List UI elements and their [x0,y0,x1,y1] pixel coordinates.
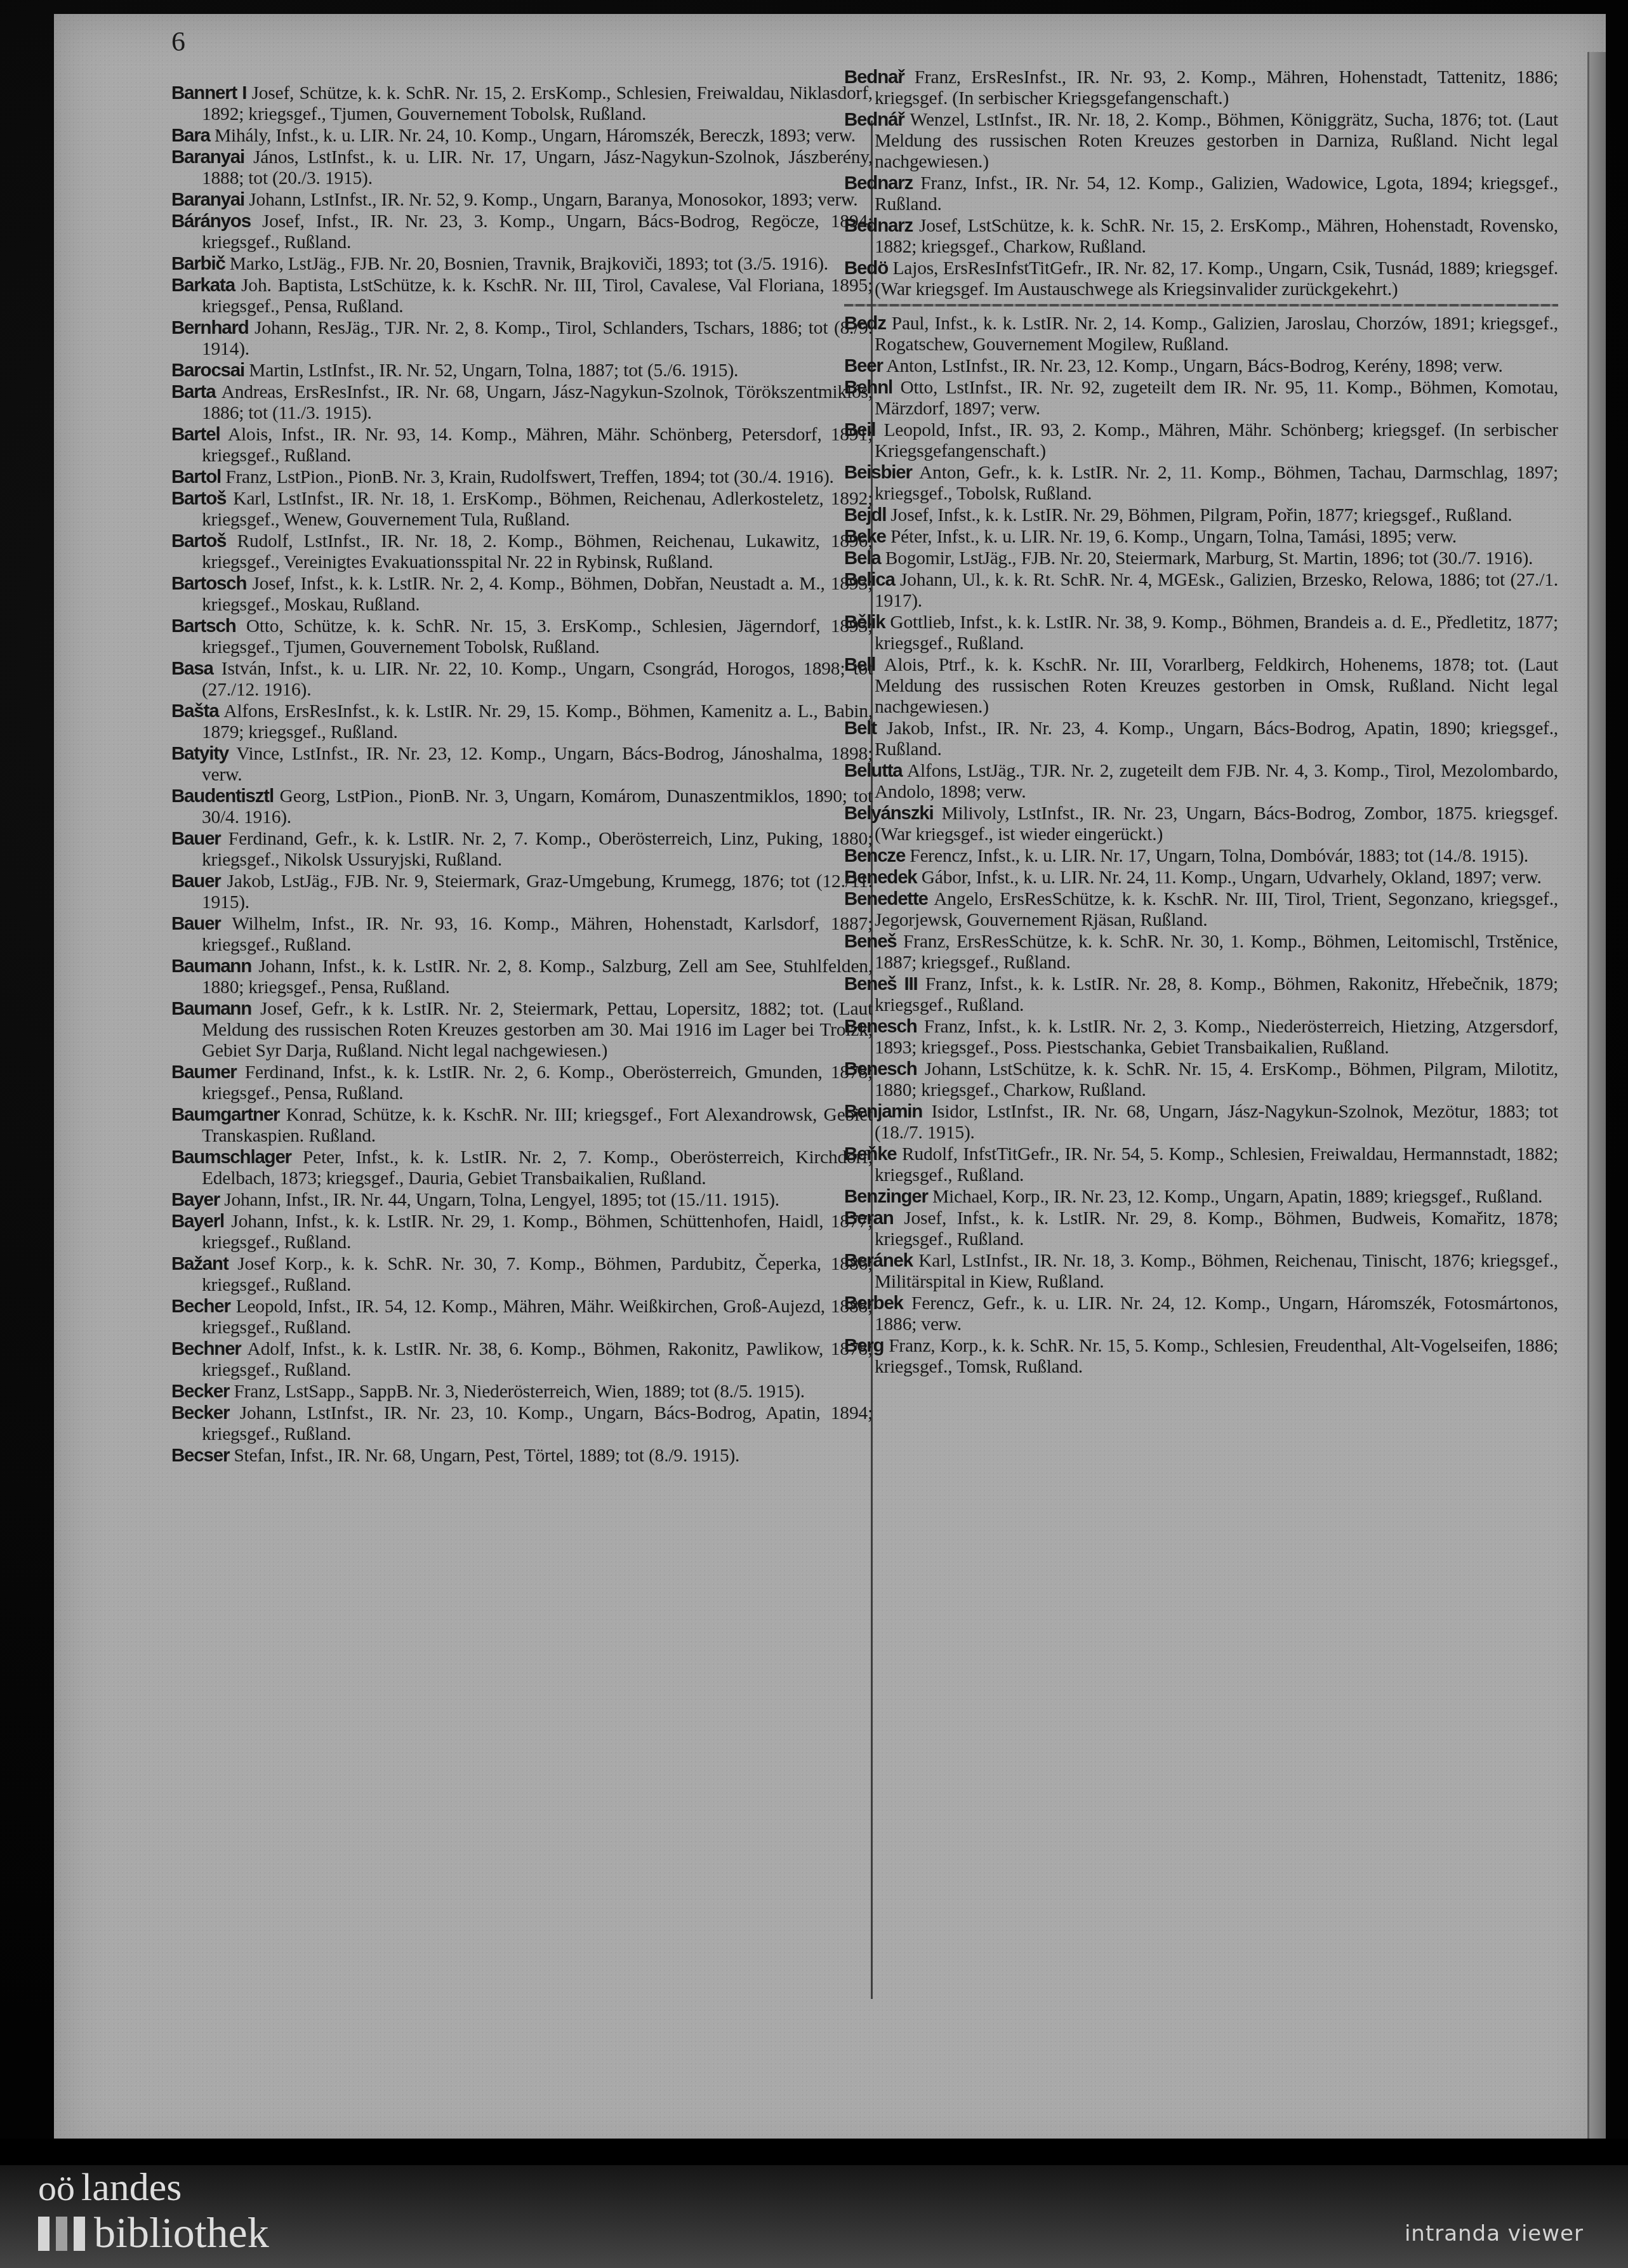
entry-surname: Bauer [171,871,221,892]
register-entry: Baranyai János, LstInfst., k. u. LIR. Nr… [171,147,873,189]
right-column-section-top: Bednař Franz, ErsResInfst., IR. Nr. 93, … [844,67,1558,300]
page-binding-edge [1587,52,1606,2165]
entry-surname: Belyánszki [844,803,934,824]
entry-surname: Bartel [171,424,220,445]
register-entry: Behnl Otto, LstInfst., IR. Nr. 92, zuget… [844,377,1558,419]
register-entry: Baumgartner Konrad, Schütze, k. k. KschR… [171,1104,873,1147]
register-entry: Bara Mihály, Infst., k. u. LIR. Nr. 24, … [171,125,873,147]
entry-surname: Bencze [844,845,905,866]
entry-surname: Bartoš [171,488,226,509]
register-entry: Bejdl Josef, Infst., k. k. LstIR. Nr. 29… [844,504,1558,526]
entry-surname: Beran [844,1208,894,1229]
entry-details: Bogomir, LstJäg., FJB. Nr. 20, Steiermar… [881,548,1533,569]
entry-surname: Bažant [171,1253,228,1274]
entry-surname: Bernhard [171,317,249,338]
register-entry: Beneš III Franz, Infst., k. k. LstIR. Nr… [844,973,1558,1016]
register-entry: Bašta Alfons, ErsResInfst., k. k. LstIR.… [171,701,873,743]
register-entry: Bayer Johann, Infst., IR. Nr. 44, Ungarn… [171,1189,873,1211]
entry-details: Franz, Infst., k. k. LstIR. Nr. 28, 8. K… [875,974,1558,1015]
entry-details: Karl, LstInfst., IR. Nr. 18, 1. ErsKomp.… [202,489,873,530]
entry-surname: Beil [844,419,875,440]
register-entry: Becser Stefan, Infst., IR. Nr. 68, Ungar… [171,1445,873,1467]
register-entry: Bednař Franz, ErsResInfst., IR. Nr. 93, … [844,67,1558,109]
entry-details: Franz, LstSapp., SappB. Nr. 3, Niederöst… [229,1381,805,1402]
entry-details: Josef, Infst., k. k. LstIR. Nr. 29, 8. K… [875,1208,1558,1249]
register-entry: Belutta Alfons, LstJäg., TJR. Nr. 2, zug… [844,760,1558,803]
entry-details: Leopold, Infst., IR. 93, 2. Komp., Mähre… [875,420,1558,461]
entry-surname: Beránek [844,1250,913,1271]
entry-surname: Bartoš [171,531,226,551]
entry-details: Alois, Infst., IR. Nr. 93, 14. Komp., Mä… [202,425,873,466]
entry-details: Johann, Ul., k. k. Rt. SchR. Nr. 4, MGEs… [875,570,1558,611]
register-entry: Bělik Gottlieb, Infst., k. k. LstIR. Nr.… [844,612,1558,654]
entry-details: Péter, Infst., k. u. LIR. Nr. 19, 6. Kom… [886,527,1457,547]
register-entry: Bednarz Franz, Infst., IR. Nr. 54, 12. K… [844,173,1558,215]
entry-surname: Becser [171,1445,229,1466]
logo-bars-icon [38,2217,85,2251]
entry-surname: Bartsch [171,616,235,636]
register-entry: Becker Johann, LstInfst., IR. Nr. 23, 10… [171,1402,873,1445]
entry-surname: Benjamin [844,1101,922,1122]
entry-surname: Bayerl [171,1211,224,1232]
register-entry: Barta Andreas, ErsResInfst., IR. Nr. 68,… [171,381,873,424]
entry-details: Mihály, Infst., k. u. LIR. Nr. 24, 10. K… [210,126,856,146]
entry-details: Otto, Schütze, k. k. SchR. Nr. 15, 3. Er… [202,616,873,657]
entry-surname: Baumann [171,956,251,977]
register-entry: Beneš Franz, ErsResSchütze, k. k. SchR. … [844,931,1558,973]
right-column-section-bottom: Bedz Paul, Infst., k. k. LstIR. Nr. 2, 1… [844,313,1558,1378]
entry-surname: Bedz [844,313,886,334]
entry-surname: Bednař [844,67,904,88]
entry-surname: Berg [844,1335,883,1356]
entry-details: Andreas, ErsResInfst., IR. Nr. 68, Ungar… [202,382,873,423]
entry-details: Otto, LstInfst., IR. Nr. 92, zugeteilt d… [875,378,1558,419]
entry-surname: Bartosch [171,573,246,594]
entry-surname: Bartol [171,466,221,487]
entry-surname: Beneš [844,931,897,952]
register-entry: Bažant Josef Korp., k. k. SchR. Nr. 30, … [171,1253,873,1296]
register-entry: Berg Franz, Korp., k. k. SchR. Nr. 15, 5… [844,1335,1558,1378]
entry-details: Josef, Gefr., k k. LstIR. Nr. 2, Steierm… [202,999,873,1061]
entry-details: Johann, Infst., k. k. LstIR. Nr. 2, 8. K… [202,956,873,998]
entry-details: Karl, LstInfst., IR. Nr. 18, 3. Komp., B… [875,1251,1558,1292]
entry-surname: Bednarz [844,173,913,194]
register-entry: Bartoš Rudolf, LstInfst., IR. Nr. 18, 2.… [171,531,873,573]
section-rule [844,304,1558,307]
entry-surname: Berbek [844,1293,903,1314]
entry-details: Johann, LstSchütze, k. k. SchR. Nr. 15, … [875,1059,1558,1100]
entry-details: Josef, Infst., IR. Nr. 23, 3. Komp., Ung… [202,211,873,253]
entry-details: Ferencz, Gefr., k. u. LIR. Nr. 24, 12. K… [875,1293,1558,1335]
register-entry: Batyity Vince, LstInfst., IR. Nr. 23, 12… [171,743,873,786]
entry-surname: Bárányos [171,211,251,232]
register-entry: Bernhard Johann, ResJäg., TJR. Nr. 2, 8.… [171,317,873,360]
register-entry: Belica Johann, Ul., k. k. Rt. SchR. Nr. … [844,569,1558,612]
register-entry: Benesch Franz, Infst., k. k. LstIR. Nr. … [844,1016,1558,1058]
register-entry: Bartoš Karl, LstInfst., IR. Nr. 18, 1. E… [171,488,873,531]
register-entry: Beňke Rudolf, InfstTitGefr., IR. Nr. 54,… [844,1144,1558,1186]
logo-word-landes: landes [81,2165,182,2210]
register-entry: Barbič Marko, LstJäg., FJB. Nr. 20, Bosn… [171,253,873,275]
register-entry: Bauer Wilhelm, Infst., IR. Nr. 93, 16. K… [171,913,873,956]
entry-details: Paul, Infst., k. k. LstIR. Nr. 2, 14. Ko… [875,313,1558,355]
register-entry: Baudentisztl Georg, LstPion., PionB. Nr.… [171,786,873,828]
register-entry: Becker Franz, LstSapp., SappB. Nr. 3, Ni… [171,1381,873,1402]
entry-details: Vince, LstInfst., IR. Nr. 23, 12. Komp.,… [202,744,873,785]
entry-details: Josef, Schütze, k. k. SchR. Nr. 15, 2. E… [202,83,873,124]
register-entry: Baumer Ferdinand, Infst., k. k. LstIR. N… [171,1062,873,1104]
register-entry: Beisbier Anton, Gefr., k. k. LstIR. Nr. … [844,462,1558,504]
entry-details: Alfons, ErsResInfst., k. k. LstIR. Nr. 2… [202,701,873,742]
entry-surname: Baumer [171,1062,237,1083]
entry-details: Gábor, Infst., k. u. LIR. Nr. 24, 11. Ko… [917,867,1542,888]
entry-details: Milivoly, LstInfst., IR. Nr. 23, Ungarn,… [875,803,1558,845]
register-entry: Bartsch Otto, Schütze, k. k. SchR. Nr. 1… [171,616,873,658]
entry-details: Peter, Infst., k. k. LstIR. Nr. 2, 7. Ko… [202,1147,873,1189]
entry-surname: Benesch [844,1016,917,1037]
entry-surname: Bauer [171,913,221,934]
entry-surname: Becker [171,1381,229,1402]
register-entry: Bauer Ferdinand, Gefr., k. k. LstIR. Nr.… [171,828,873,871]
entry-surname: Bednarz [844,215,913,236]
logo-word-bibliothek: bibliothek [94,2210,269,2255]
entry-surname: Bechner [171,1338,241,1359]
register-entry: Bela Bogomir, LstJäg., FJB. Nr. 20, Stei… [844,548,1558,569]
entry-details: Wilhelm, Infst., IR. Nr. 93, 16. Komp., … [202,914,873,955]
entry-details: Michael, Korp., IR. Nr. 23, 12. Komp., U… [928,1187,1542,1207]
entry-surname: Bauer [171,828,221,849]
entry-surname: Barta [171,381,215,402]
entry-surname: Belt [844,718,877,739]
entry-surname: Barocsai [171,360,244,381]
footer-shadow [0,2139,1628,2167]
entry-details: Georg, LstPion., PionB. Nr. 3, Ungarn, K… [202,786,873,827]
entry-details: Rudolf, LstInfst., IR. Nr. 18, 2. Komp.,… [202,531,873,572]
register-entry: Benzinger Michael, Korp., IR. Nr. 23, 12… [844,1186,1558,1208]
register-entry: Belt Jakob, Infst., IR. Nr. 23, 4. Komp.… [844,718,1558,760]
entry-details: Lajos, ErsResInfstTitGefr., IR. Nr. 82, … [875,258,1558,300]
entry-details: Anton, Gefr., k. k. LstIR. Nr. 2, 11. Ko… [875,463,1558,504]
entry-surname: Becker [171,1402,229,1423]
entry-surname: Belutta [844,760,903,781]
logo-line-1: oö landes [38,2165,269,2210]
entry-details: Martin, LstInfst., IR. Nr. 52, Ungarn, T… [244,360,738,381]
entry-details: Franz, Infst., k. k. LstIR. Nr. 2, 3. Ko… [875,1017,1558,1058]
entry-surname: Baumschlager [171,1147,291,1168]
entry-details: Gottlieb, Infst., k. k. LstIR. Nr. 38, 9… [875,612,1558,654]
entry-details: Jakob, LstJäg., FJB. Nr. 9, Steiermark, … [202,871,873,913]
register-entry: Beránek Karl, LstInfst., IR. Nr. 18, 3. … [844,1250,1558,1293]
entry-surname: Baudentisztl [171,786,274,807]
entry-details: Franz, Infst., IR. Nr. 54, 12. Komp., Ga… [875,173,1558,214]
entry-surname: Basa [171,658,213,679]
entry-details: Anton, LstInfst., IR. Nr. 23, 12. Komp.,… [883,356,1503,376]
register-entry: Baranyai Johann, LstInfst., IR. Nr. 52, … [171,189,873,211]
entry-details: Rudolf, InfstTitGefr., IR. Nr. 54, 5. Ko… [875,1144,1558,1185]
entry-details: Josef, Infst., k. k. LstIR. Nr. 29, Böhm… [886,505,1512,525]
register-entry: Bednarz Josef, LstSchütze, k. k. SchR. N… [844,215,1558,258]
entry-surname: Beer [844,355,883,376]
entry-surname: Bednář [844,109,904,130]
entry-details: Marko, LstJäg., FJB. Nr. 20, Bosnien, Tr… [225,254,828,274]
entry-details: Alfons, LstJäg., TJR. Nr. 2, zugeteilt d… [875,761,1558,802]
entry-surname: Bedö [844,258,888,279]
entry-details: János, LstInfst., k. u. LIR. Nr. 17, Ung… [202,147,873,188]
register-entry: Beran Josef, Infst., k. k. LstIR. Nr. 29… [844,1208,1558,1250]
entry-surname: Baumann [171,998,251,1019]
entry-details: Johann, LstInfst., IR. Nr. 23, 10. Komp.… [202,1403,873,1444]
page-number: 6 [171,25,185,58]
entry-details: Ferdinand, Gefr., k. k. LstIR. Nr. 2, 7.… [202,829,873,870]
entry-surname: Baranyai [171,189,244,210]
register-entry: Bednář Wenzel, LstInfst., IR. Nr. 18, 2.… [844,109,1558,173]
entry-details: Joh. Baptista, LstSchütze, k. k. KschR. … [202,275,873,317]
register-entry: Benedette Angelo, ErsResSchütze, k. k. K… [844,888,1558,931]
entry-surname: Bela [844,548,881,569]
entry-surname: Barbič [171,253,225,274]
entry-surname: Beňke [844,1144,897,1164]
entry-surname: Bělik [844,612,885,633]
entry-details: Johann, Infst., IR. Nr. 44, Ungarn, Toln… [220,1190,779,1210]
entry-surname: Benzinger [844,1186,928,1207]
entry-details: Franz, LstPion., PionB. Nr. 3, Krain, Ru… [221,467,834,487]
entry-details: Josef, LstSchütze, k. k. SchR. Nr. 15, 2… [875,216,1558,257]
entry-surname: Barkata [171,275,235,296]
entry-details: Leopold, Infst., IR. 54, 12. Komp., Mähr… [202,1296,873,1338]
register-entry: Bárányos Josef, Infst., IR. Nr. 23, 3. K… [171,211,873,253]
entry-surname: Benesch [844,1058,917,1079]
register-entry: Bannert I Josef, Schütze, k. k. SchR. Nr… [171,82,873,125]
register-entry: Bechner Adolf, Infst., k. k. LstIR. Nr. … [171,1338,873,1381]
entry-details: Wenzel, LstInfst., IR. Nr. 18, 2. Komp.,… [875,110,1558,172]
register-entry: Barkata Joh. Baptista, LstSchütze, k. k.… [171,275,873,317]
register-entry: Bartol Franz, LstPion., PionB. Nr. 3, Kr… [171,466,873,488]
register-entry: Barocsai Martin, LstInfst., IR. Nr. 52, … [171,360,873,381]
entry-surname: Belica [844,569,895,590]
logo-prefix: oö [38,2166,75,2210]
register-entry: Bedz Paul, Infst., k. k. LstIR. Nr. 2, 1… [844,313,1558,355]
register-entry: Baumann Johann, Infst., k. k. LstIR. Nr.… [171,956,873,998]
register-entry: Bencze Ferencz, Infst., k. u. LIR. Nr. 1… [844,845,1558,867]
entry-surname: Batyity [171,743,228,764]
entry-surname: Benedek [844,867,917,888]
entry-details: Franz, ErsResSchütze, k. k. SchR. Nr. 30… [875,932,1558,973]
register-entry: Benjamin Isidor, LstInfst., IR. Nr. 68, … [844,1101,1558,1144]
register-entry: Baumann Josef, Gefr., k k. LstIR. Nr. 2,… [171,998,873,1062]
entry-surname: Becher [171,1296,230,1317]
register-entry: Baumschlager Peter, Infst., k. k. LstIR.… [171,1147,873,1189]
entry-surname: Beisbier [844,462,912,483]
entry-surname: Behnl [844,377,892,398]
register-entry: Beer Anton, LstInfst., IR. Nr. 23, 12. K… [844,355,1558,377]
entry-details: Johann, LstInfst., IR. Nr. 52, 9. Komp.,… [244,190,857,210]
register-entry: Beke Péter, Infst., k. u. LIR. Nr. 19, 6… [844,526,1558,548]
entry-surname: Bašta [171,701,218,722]
entry-details: Ferdinand, Infst., k. k. LstIR. Nr. 2, 6… [202,1062,873,1104]
entry-details: Franz, Korp., k. k. SchR. Nr. 15, 5. Kom… [875,1336,1558,1377]
entry-details: Johann, ResJäg., TJR. Nr. 2, 8. Komp., T… [202,318,873,359]
register-entry: Bartel Alois, Infst., IR. Nr. 93, 14. Ko… [171,424,873,466]
register-entry: Becher Leopold, Infst., IR. 54, 12. Komp… [171,1296,873,1338]
entry-surname: Baranyai [171,147,244,168]
register-entry: Bauer Jakob, LstJäg., FJB. Nr. 9, Steier… [171,871,873,913]
register-entry: Beil Leopold, Infst., IR. 93, 2. Komp., … [844,419,1558,462]
entry-surname: Bejdl [844,504,886,525]
register-entry: Bedö Lajos, ErsResInfstTitGefr., IR. Nr.… [844,258,1558,300]
viewer-brand-label[interactable]: intranda viewer [1405,2221,1584,2246]
logo-line-2: bibliothek [38,2210,269,2255]
register-entry: Basa István, Infst., k. u. LIR. Nr. 22, … [171,658,873,701]
entry-details: Angelo, ErsResSchütze, k. k. KschR. Nr. … [875,889,1558,930]
entry-details: Josef Korp., k. k. SchR. Nr. 30, 7. Komp… [202,1254,873,1295]
entry-details: Konrad, Schütze, k. k. KschR. Nr. III; k… [202,1105,873,1146]
register-entry: Bell Alois, Ptrf., k. k. KschR. Nr. III,… [844,654,1558,718]
register-entry: Bartosch Josef, Infst., k. k. LstIR. Nr.… [171,573,873,616]
entry-surname: Benedette [844,888,928,909]
entry-surname: Bara [171,125,210,146]
register-entry: Bayerl Johann, Infst., k. k. LstIR. Nr. … [171,1211,873,1253]
register-entry: Berbek Ferencz, Gefr., k. u. LIR. Nr. 24… [844,1293,1558,1335]
right-column: Bednař Franz, ErsResInfst., IR. Nr. 93, … [844,67,1558,1378]
register-entry: Benesch Johann, LstSchütze, k. k. SchR. … [844,1058,1558,1101]
entry-surname: Baumgartner [171,1104,279,1125]
register-entry: Belyánszki Milivoly, LstInfst., IR. Nr. … [844,803,1558,845]
entry-surname: Bayer [171,1189,220,1210]
entry-details: Isidor, LstInfst., IR. Nr. 68, Ungarn, J… [875,1102,1558,1143]
entry-details: Adolf, Infst., k. k. LstIR. Nr. 38, 6. K… [202,1339,873,1380]
entry-surname: Beneš III [844,973,918,994]
entry-surname: Bannert I [171,82,246,103]
register-entry: Benedek Gábor, Infst., k. u. LIR. Nr. 24… [844,867,1558,888]
entry-details: Jakob, Infst., IR. Nr. 23, 4. Komp., Ung… [875,718,1558,760]
left-column: Bannert I Josef, Schütze, k. k. SchR. Nr… [171,82,873,1467]
entry-details: Josef, Infst., k. k. LstIR. Nr. 2, 4. Ko… [202,574,873,615]
entry-details: Alois, Ptrf., k. k. KschR. Nr. III, Vora… [875,655,1558,717]
entry-surname: Beke [844,526,886,547]
entry-details: Stefan, Infst., IR. Nr. 68, Ungarn, Pest… [229,1446,739,1466]
entry-details: Johann, Infst., k. k. LstIR. Nr. 29, 1. … [202,1211,873,1253]
entry-surname: Bell [844,654,875,675]
entry-details: István, Infst., k. u. LIR. Nr. 22, 10. K… [202,659,873,700]
entry-details: Ferencz, Infst., k. u. LIR. Nr. 17, Unga… [905,846,1528,866]
entry-details: Franz, ErsResInfst., IR. Nr. 93, 2. Komp… [875,67,1558,109]
library-logo[interactable]: oö landes bibliothek [38,2165,269,2255]
